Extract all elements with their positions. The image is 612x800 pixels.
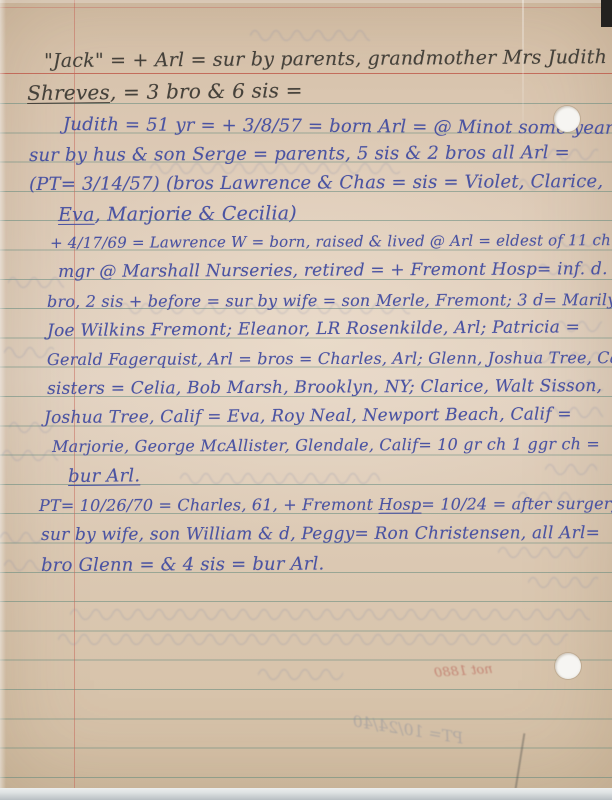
punch-hole-top xyxy=(554,106,580,132)
red-header-line-top xyxy=(0,7,612,8)
handwritten-line: Joe Wilkins Fremont; Eleanor, LR Rosenki… xyxy=(47,318,580,340)
handwritten-line: + 4/17/69 = Lawrence W = born, raised & … xyxy=(50,232,612,252)
handwritten-line: sur by hus & son Serge = parents, 5 sis … xyxy=(29,143,570,166)
handwritten-line: Shreves, = 3 bro & 6 sis = xyxy=(27,79,303,104)
scan-corner-shadow xyxy=(601,0,612,27)
handwritten-line: Eva, Marjorie & Cecilia) xyxy=(58,203,297,226)
bleedthrough-squiggle xyxy=(58,631,568,651)
bleedthrough-squiggle xyxy=(180,470,380,490)
handwritten-line: (PT= 3/14/57) (bros Lawrence & Chas = si… xyxy=(29,172,603,195)
bleedthrough-squiggle xyxy=(2,447,58,467)
handwritten-line: "Jack" = + Arl = sur by parents, grandmo… xyxy=(44,47,607,72)
bleedthrough-pencil-note: PT= 10/24/40 xyxy=(351,711,464,747)
paper-edge-top xyxy=(0,0,612,3)
handwritten-line: mgr @ Marshall Nurseries, retired = + Fr… xyxy=(58,260,612,282)
handwritten-line: Gerald Fagerquist, Arl = bros = Charles,… xyxy=(47,349,612,369)
handwritten-line: Joshua Tree, Calif = Eva, Roy Neal, Newp… xyxy=(44,405,572,427)
handwritten-line: Judith = 51 yr = + 3/8/57 = born Arl = @… xyxy=(63,115,612,139)
handwritten-line: sur by wife, son William & d, Peggy= Ron… xyxy=(41,524,600,545)
bleedthrough-squiggle xyxy=(0,529,42,549)
punch-hole-bottom xyxy=(555,653,581,679)
scanned-page: not 1880PT= 10/24/40 "Jack" = + Arl = su… xyxy=(0,0,612,800)
bleedthrough-red-note: not 1880 xyxy=(434,662,494,681)
bleedthrough-squiggle xyxy=(498,544,588,564)
bleedthrough-squiggle xyxy=(528,574,598,594)
bleedthrough-squiggle xyxy=(545,461,597,481)
handwritten-line: PT= 10/26/70 = Charles, 61, + Fremont Ho… xyxy=(39,495,612,515)
red-header-line xyxy=(0,73,612,74)
handwritten-line: bur Arl. xyxy=(68,466,140,486)
handwritten-line: bro, 2 sis + before = sur by wife = son … xyxy=(47,291,612,311)
stray-pencil-mark xyxy=(515,733,526,788)
notebook-page: not 1880PT= 10/24/40 "Jack" = + Arl = su… xyxy=(0,0,612,788)
handwritten-line: bro Glenn = & 4 sis = bur Arl. xyxy=(41,555,324,576)
handwritten-line: sisters = Celia, Bob Marsh, Brooklyn, NY… xyxy=(47,377,602,399)
bleedthrough-squiggle xyxy=(70,606,590,626)
paper-edge-left xyxy=(0,0,6,788)
bleedthrough-squiggle xyxy=(258,666,343,686)
bleedthrough-squiggle xyxy=(250,27,370,47)
scanner-bed-strip xyxy=(0,788,612,800)
handwritten-line: Marjorie, George McAllister, Glendale, C… xyxy=(52,435,600,455)
